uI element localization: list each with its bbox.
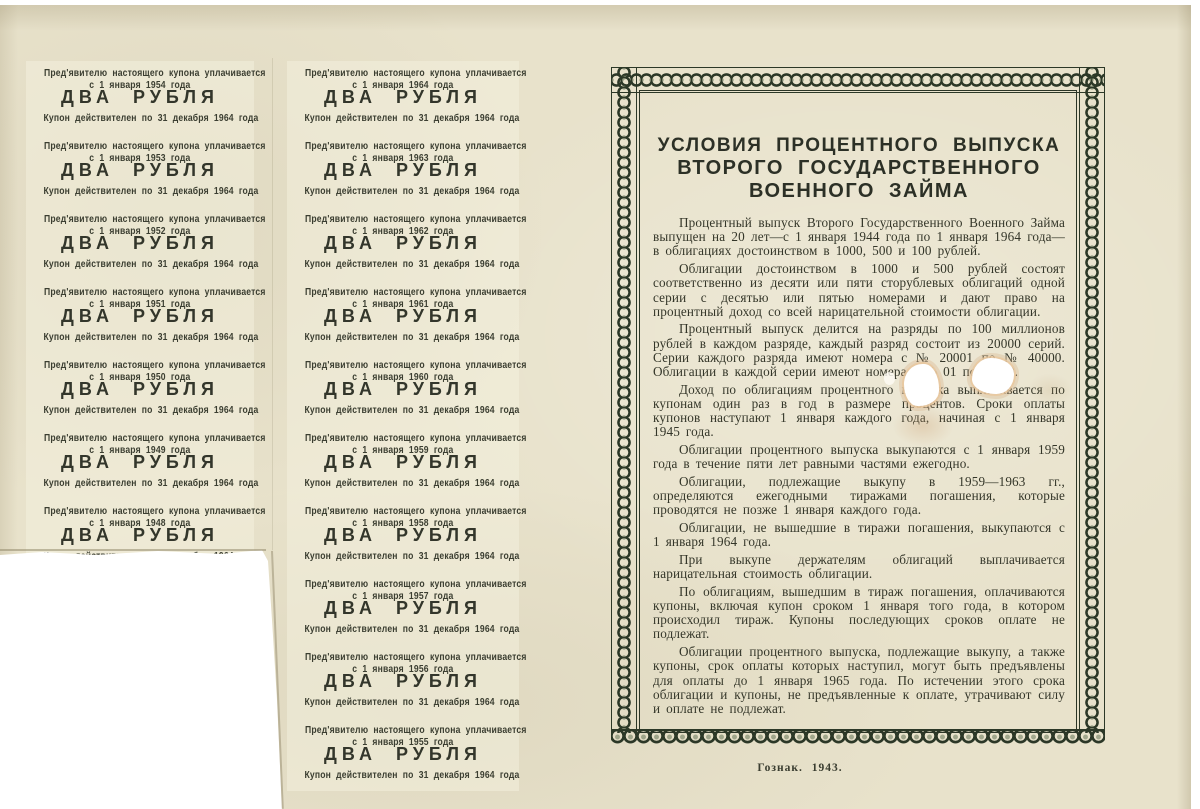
coupon-validity: Купон действителен по 31 декабря 1964 го…: [304, 259, 519, 271]
scan-background-right: [1191, 0, 1200, 809]
coupon-date: с 1 января 1948 года: [89, 518, 190, 530]
coupon-header: Пред'явителю настоящего купона уплачивае…: [305, 287, 527, 299]
printer-imprint: Гознак. 1943.: [700, 762, 900, 774]
coupon-validity: Купон действителен по 31 декабря 1964 го…: [43, 405, 258, 417]
coupon-validity: Купон действителен по 31 декабря 1964 го…: [43, 332, 258, 344]
coupon-header: Пред'явителю настоящего купона уплачивае…: [305, 652, 527, 664]
coupon-validity: Купон действителен по 31 декабря 1964 го…: [43, 259, 258, 271]
paper-stain: [1020, 368, 1080, 412]
coupon-validity: Купон действителен по 31 декабря 1964 го…: [304, 405, 519, 417]
coupon-date: с 1 января 1955 года: [352, 737, 453, 749]
bond-paragraph: По облигациям, вышедшим в тираж погашени…: [653, 585, 1065, 642]
torn-edge-horizontal: [0, 549, 266, 551]
coupon-header: Пред'явителю настоящего купона уплачивае…: [305, 725, 527, 737]
coupon-header: Пред'явителю настоящего купона уплачивае…: [44, 433, 266, 445]
coupon-header: Пред'явителю настоящего купона уплачивае…: [305, 214, 527, 226]
coupon-column-divider: [272, 58, 273, 550]
coupon: Пред'явителю настоящего купона уплачивае…: [287, 645, 519, 718]
coupon-date: с 1 января 1956 года: [352, 664, 453, 676]
coupon-validity: Купон действителен по 31 декабря 1964 го…: [304, 551, 519, 563]
coupon-validity: Купон действителен по 31 декабря 1964 го…: [43, 478, 258, 490]
paper-hole: [972, 358, 1014, 394]
coupon-validity: Купон действителен по 31 декабря 1964 го…: [304, 770, 519, 782]
scan-background-top: [0, 0, 1200, 5]
coupon: Пред'явителю настоящего купона уплачивае…: [287, 572, 519, 645]
bond-paragraph: Облигации, не вышедшие в тиражи погашени…: [653, 521, 1065, 549]
coupon-validity: Купон действителен по 31 декабря 1964 го…: [304, 478, 519, 490]
ornamental-border-right: [1079, 67, 1105, 733]
paper-hole: [904, 364, 939, 406]
paper-damage-speck: [884, 372, 895, 385]
bond-paragraph: При выкупе держателям облигаций выплачив…: [653, 553, 1065, 581]
coupon-date: с 1 января 1950 года: [89, 372, 190, 384]
coupon-header: Пред'явителю настоящего купона уплачивае…: [44, 214, 266, 226]
coupon-date: с 1 января 1962 года: [352, 226, 453, 238]
coupon-column-left: Пред'явителю настоящего купона уплачивае…: [26, 61, 254, 572]
paper-stain: [884, 400, 962, 452]
bond-terms-panel: УСЛОВИЯ ПРОЦЕНТНОГО ВЫПУСКА ВТОРОГО ГОСУ…: [611, 67, 1105, 759]
coupon-validity: Купон действителен по 31 декабря 1964 го…: [43, 113, 258, 125]
bond-paragraph: Облигации достоинством в 1000 и 500 рубл…: [653, 262, 1065, 319]
coupon-date: с 1 января 1963 года: [352, 153, 453, 165]
coupon-date: с 1 января 1961 года: [352, 299, 453, 311]
bond-title-line1: УСЛОВИЯ ПРОЦЕНТНОГО ВЫПУСКА: [653, 135, 1065, 157]
coupon-header: Пред'явителю настоящего купона уплачивае…: [305, 68, 527, 80]
coupon-header: Пред'явителю настоящего купона уплачивае…: [305, 141, 527, 153]
coupon-date: с 1 января 1952 года: [89, 226, 190, 238]
coupon-validity: Купон действителен по 31 декабря 1964 го…: [304, 186, 519, 198]
bond-paragraph: Облигации процентного выпуска выкупаются…: [653, 443, 1065, 471]
coupon-header: Пред'явителю настоящего купона уплачивае…: [44, 287, 266, 299]
coupon: Пред'явителю настоящего купона уплачивае…: [26, 61, 254, 134]
ornamental-border-bottom: [611, 729, 1105, 757]
coupon-date: с 1 января 1960 года: [352, 372, 453, 384]
coupon: Пред'явителю настоящего купона уплачивае…: [287, 207, 519, 280]
coupon-date: с 1 января 1959 года: [352, 445, 453, 457]
coupon-validity: Купон действителен по 31 декабря 1964 го…: [43, 186, 258, 198]
coupon-header: Пред'явителю настоящего купона уплачивае…: [44, 506, 266, 518]
coupon-header: Пред'явителю настоящего купона уплачивае…: [305, 506, 527, 518]
coupon-date: с 1 января 1958 года: [352, 518, 453, 530]
coupon-header: Пред'явителю настоящего купона уплачивае…: [305, 579, 527, 591]
coupon: Пред'явителю настоящего купона уплачивае…: [287, 426, 519, 499]
coupon-validity: Купон действителен по 31 декабря 1964 го…: [304, 332, 519, 344]
coupon: Пред'явителю настоящего купона уплачивае…: [26, 353, 254, 426]
bond-paragraph: Облигации процентного выпуска, подлежащи…: [653, 645, 1065, 716]
coupon: Пред'явителю настоящего купона уплачивае…: [26, 426, 254, 499]
coupon-header: Пред'явителю настоящего купона уплачивае…: [44, 141, 266, 153]
bond-title-line2: ВТОРОГО ГОСУДАРСТВЕННОГО ВОЕННОГО ЗАЙМА: [653, 157, 1065, 203]
coupon-date: с 1 января 1949 года: [89, 445, 190, 457]
coupon-date: с 1 января 1954 года: [89, 80, 190, 92]
coupon-validity: Купон действителен по 31 декабря 1964 го…: [304, 624, 519, 636]
coupon: Пред'явителю настоящего купона уплачивае…: [26, 280, 254, 353]
coupon-validity: Купон действителен по 31 декабря 1964 го…: [304, 697, 519, 709]
coupon-column-middle: Пред'явителю настоящего купона уплачивае…: [287, 61, 519, 791]
bond-paragraph: Облигации, подлежащие выкупу в 1959—1963…: [653, 475, 1065, 518]
coupon: Пред'явителю настоящего купона уплачивае…: [26, 207, 254, 280]
bond-terms-text: УСЛОВИЯ ПРОЦЕНТНОГО ВЫПУСКА ВТОРОГО ГОСУ…: [653, 135, 1065, 720]
coupon-header: Пред'явителю настоящего купона уплачивае…: [305, 433, 527, 445]
coupon: Пред'явителю настоящего купона уплачивае…: [287, 353, 519, 426]
coupon: Пред'явителю настоящего купона уплачивае…: [26, 134, 254, 207]
bond-paragraph: Процентный выпуск Второго Государственно…: [653, 216, 1065, 259]
coupon-header: Пред'явителю настоящего купона уплачивае…: [44, 360, 266, 372]
coupon: Пред'явителю настоящего купона уплачивае…: [287, 718, 519, 791]
coupon-validity: Купон действителен по 31 декабря 1964 го…: [304, 113, 519, 125]
coupon-header: Пред'явителю настоящего купона уплачивае…: [44, 68, 266, 80]
coupon: Пред'явителю настоящего купона уплачивае…: [287, 499, 519, 572]
coupon-date: с 1 января 1957 года: [352, 591, 453, 603]
coupon-date: с 1 января 1964 года: [352, 80, 453, 92]
coupon-date: с 1 января 1953 года: [89, 153, 190, 165]
coupon-header: Пред'явителю настоящего купона уплачивае…: [305, 360, 527, 372]
coupon: Пред'явителю настоящего купона уплачивае…: [287, 280, 519, 353]
coupon: Пред'явителю настоящего купона уплачивае…: [287, 61, 519, 134]
coupon-date: с 1 января 1951 года: [89, 299, 190, 311]
torn-corner-cutout: [0, 548, 287, 809]
ornamental-border-left: [611, 67, 637, 733]
coupon: Пред'явителю настоящего купона уплачивае…: [287, 134, 519, 207]
